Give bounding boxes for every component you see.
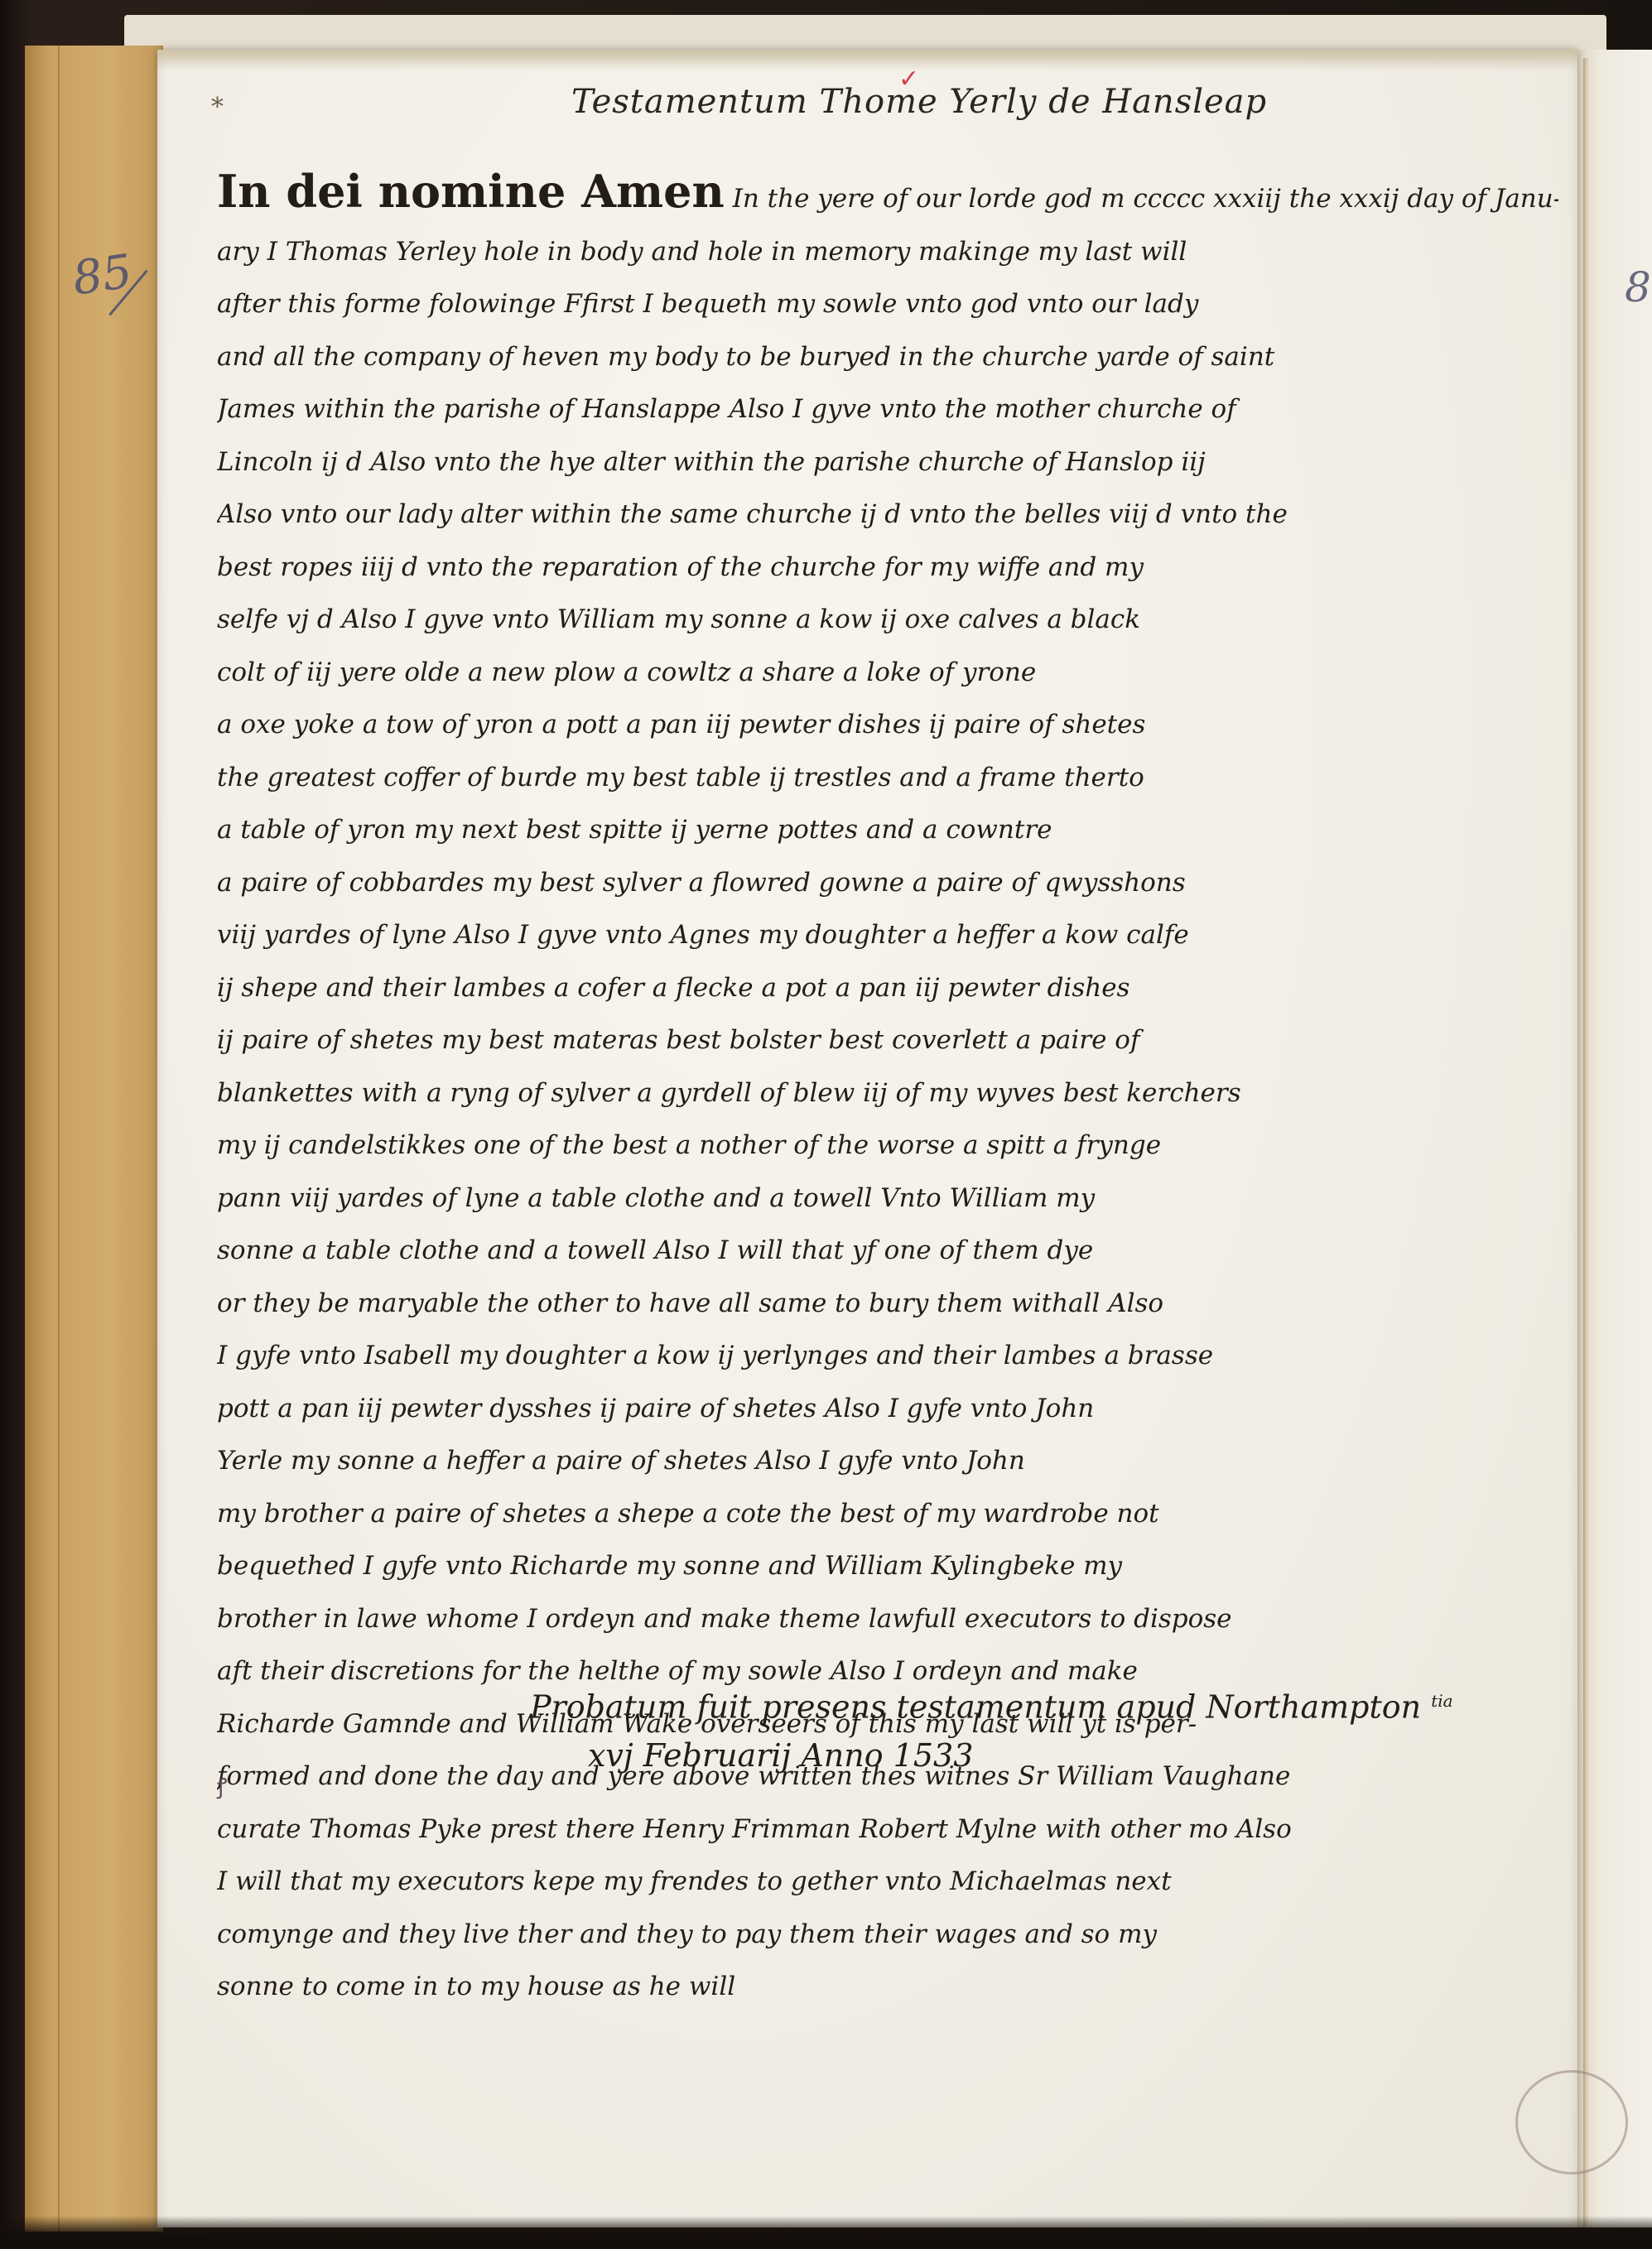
binding-tape [25,46,163,2232]
will-line: blankettes with a ryng of sylver a gyrde… [217,1067,1558,1120]
will-line: and all the company of heven my body to … [217,331,1558,384]
will-line: a oxe yoke a tow of yron a pott a pan ii… [217,699,1558,752]
next-leaf-edge [1577,50,1652,2227]
will-line: I gyfe vnto Isabell my doughter a kow ij… [217,1330,1558,1383]
next-folio-number: 8 [1625,263,1651,311]
incipit: In dei nomine Amen [217,166,725,218]
will-line: pott a pan iij pewter dysshes ij paire o… [217,1383,1558,1436]
probate-line-2: xvj Februarij Anno 1533 [530,1731,1453,1779]
probate-line-1: Probatum fuit presens testamentum apud N… [530,1689,1421,1726]
margin-mark-icon: * [211,93,224,122]
will-line: ij paire of shetes my best materas best … [217,1014,1558,1067]
will-line: ary I Thomas Yerley hole in body and hol… [217,226,1558,279]
gutter-fold [1583,58,1588,2227]
will-line: Lincoln ij d Also vnto the hye alter wit… [217,436,1558,489]
will-line: comynge and they live ther and they to p… [217,1909,1558,1962]
will-line: my brother a paire of shetes a shepe a c… [217,1488,1558,1541]
will-line: James within the parishe of Hanslappe Al… [217,383,1558,436]
will-line: the greatest coffer of burde my best tab… [217,752,1558,805]
will-line: Also vnto our lady alter within the same… [217,489,1558,542]
probate-superscript: tia [1431,1691,1452,1711]
will-line: brother in lawe whome I ordeyn and make … [217,1593,1558,1646]
will-line: sonne to come in to my house as he will [217,1961,1558,2014]
will-line: I will that my executors kepe my frendes… [217,1856,1558,1909]
will-line: pann viij yardes of lyne a table clothe … [217,1173,1558,1226]
ink-blot-mark: ꝭ [217,1770,227,1800]
will-line: Yerle my sonne a heffer a paire of shete… [217,1435,1558,1488]
red-check-icon: ✓ [898,65,920,94]
probate-note: Probatum fuit presens testamentum apud N… [530,1677,1453,1779]
scan-bottom-shadow [0,2216,1652,2249]
will-line: or they be maryable the other to have al… [217,1278,1558,1331]
will-line: bequethed I gyfe vnto Richarde my sonne … [217,1540,1558,1593]
will-line: my ij candelstikkes one of the best a no… [217,1120,1558,1173]
will-line: after this forme folowinge Ffirst I bequ… [217,278,1558,331]
will-line: selfe vj d Also I gyve vnto William my s… [217,594,1558,647]
pencil-loop-mark [1515,2070,1628,2174]
will-line: colt of iij yere olde a new plow a cowlt… [217,647,1558,700]
will-line: ij shepe and their lambes a cofer a flec… [217,962,1558,1015]
will-heading: Testamentum Thome Yerly de Hansleap ✓ [571,83,1267,121]
will-line: a table of yron my next best spitte ij y… [217,804,1558,857]
will-line: a paire of cobbardes my best sylver a fl… [217,857,1558,910]
will-line: sonne a table clothe and a towell Also I… [217,1225,1558,1278]
will-line: curate Thomas Pyke prest there Henry Fri… [217,1804,1558,1857]
will-line: viij yardes of lyne Also I gyve vnto Agn… [217,909,1558,962]
will-line: In dei nomine Amen In the yere of our lo… [217,166,1558,226]
will-line: best ropes iiij d vnto the reparation of… [217,542,1558,595]
